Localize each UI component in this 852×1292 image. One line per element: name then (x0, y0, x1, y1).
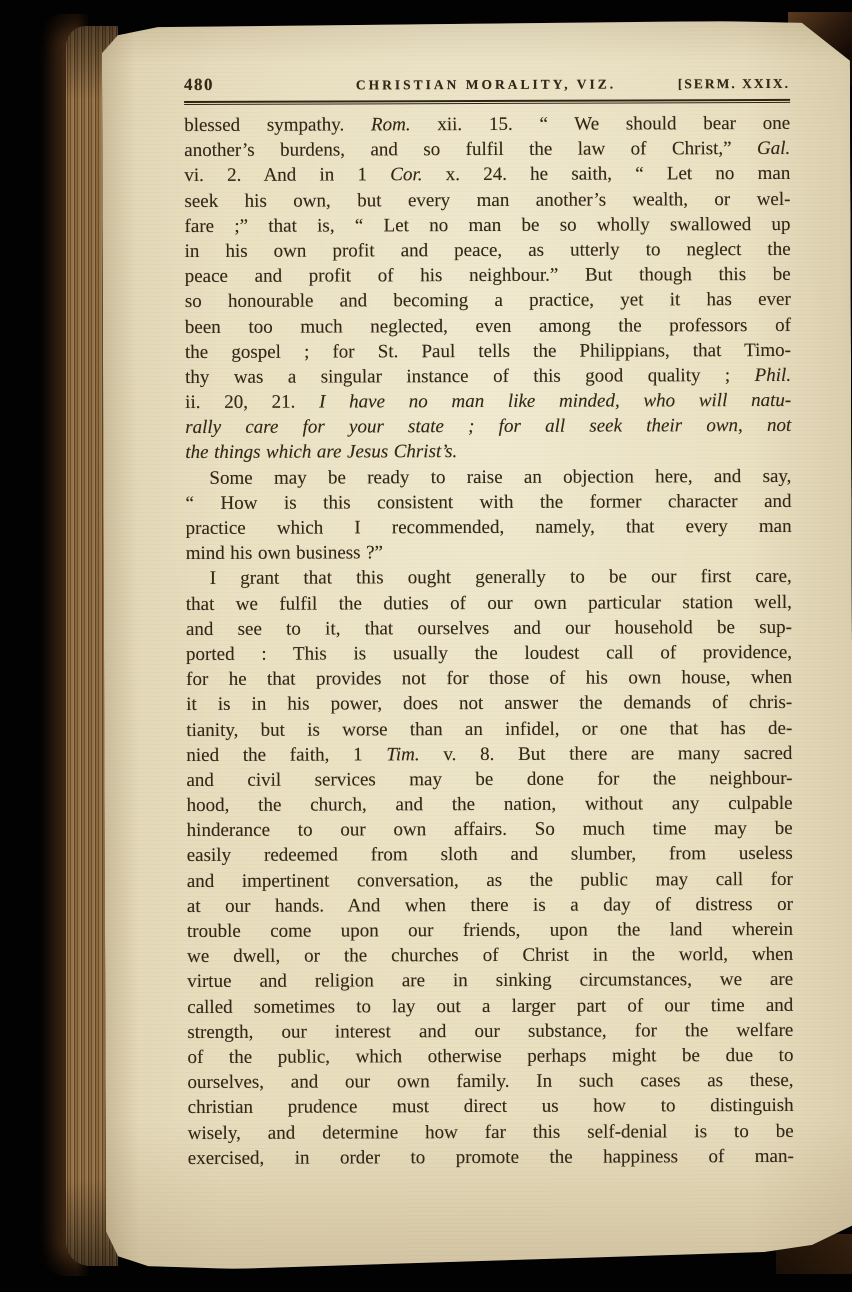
text-line: we dwell, or the churches of Christ in t… (187, 942, 793, 969)
text-line: trouble come upon our friends, upon the … (187, 917, 793, 944)
book-photo: 480 CHRISTIAN MORALITY, VIZ. [SERM. XXIX… (0, 0, 852, 1292)
text-line: hood, the church, and the nation, withou… (187, 791, 793, 818)
page-text: blessed sympathy. Rom. xii. 15. “ We sho… (184, 111, 794, 1171)
text-line: ported : This is usually the loudest cal… (186, 640, 792, 667)
text-line: and impertinent conversation, as the pub… (187, 867, 793, 894)
header-double-rule (184, 99, 790, 105)
text-line: mind his own business ?” (186, 539, 792, 566)
text-line: I grant that this ought generally to be … (186, 564, 792, 591)
text-line: hinderance to our own affairs. So much t… (187, 816, 793, 843)
text-line: practice which I recommended, namely, th… (186, 514, 792, 541)
text-line: wisely, and determine how far this self-… (188, 1118, 794, 1145)
text-line: “ How is this consistent with the former… (185, 489, 791, 516)
text-line: virtue and religion are in sinking circu… (187, 967, 793, 994)
text-line: that we fulfil the duties of our own par… (186, 589, 792, 616)
page-number: 480 (184, 75, 294, 95)
text-line: tianity, but is worse than an infidel, o… (186, 715, 792, 742)
text-line: christian prudence must direct us how to… (188, 1093, 794, 1120)
text-line: been too much neglected, even among the … (185, 312, 791, 339)
text-line: thy was a singular instance of this good… (185, 363, 791, 390)
text-line: another’s burdens, and so fulfil the law… (184, 136, 790, 163)
text-line: peace and profit of his neighbour.” But … (185, 262, 791, 289)
text-line: so honourable and becoming a practice, y… (185, 287, 791, 314)
text-line: seek his own, but every man another’s we… (184, 186, 790, 213)
text-line: nied the faith, 1 Tim. v. 8. But there a… (186, 741, 792, 768)
text-line: and see to it, that ourselves and our ho… (186, 615, 792, 642)
text-line: ii. 20, 21. I have no man like minded, w… (185, 388, 791, 415)
text-line: it is in his power, does not answer the … (186, 690, 792, 717)
text-line: exercised, in order to promote the happi… (188, 1144, 794, 1171)
text-line: and civil services may be done for the n… (186, 766, 792, 793)
text-line: in his own profit and peace, as utterly … (185, 237, 791, 264)
text-line: ourselves, and our own family. In such c… (187, 1068, 793, 1095)
text-line: strength, our interest and our substance… (187, 1018, 793, 1045)
text-line: easily redeemed from sloth and slumber, … (187, 841, 793, 868)
book-page: 480 CHRISTIAN MORALITY, VIZ. [SERM. XXIX… (102, 21, 852, 1270)
text-line: called sometimes to lay out a larger par… (187, 992, 793, 1019)
text-line: vi. 2. And in 1 Cor. x. 24. he saith, “ … (184, 161, 790, 188)
running-title: CHRISTIAN MORALITY, VIZ. (294, 76, 678, 93)
text-line: for he that provides not for those of hi… (186, 665, 792, 692)
text-line: at our hands. And when there is a day of… (187, 892, 793, 919)
text-line: fare ;” that is, “ Let no man be so whol… (184, 212, 790, 239)
text-line: rally care for your state ; for all seek… (185, 413, 791, 440)
text-line: blessed sympathy. Rom. xii. 15. “ We sho… (184, 111, 790, 138)
sermon-reference: [SERM. XXIX. (678, 76, 790, 92)
page-header: 480 CHRISTIAN MORALITY, VIZ. [SERM. XXIX… (184, 73, 790, 95)
text-line: Some may be ready to raise an objection … (185, 464, 791, 491)
text-line: of the public, which otherwise perhaps m… (187, 1043, 793, 1070)
text-line: the gospel ; for St. Paul tells the Phil… (185, 338, 791, 365)
text-line: the things which are Jesus Christ’s. (185, 438, 791, 465)
printed-text-column: 480 CHRISTIAN MORALITY, VIZ. [SERM. XXIX… (184, 73, 794, 1171)
